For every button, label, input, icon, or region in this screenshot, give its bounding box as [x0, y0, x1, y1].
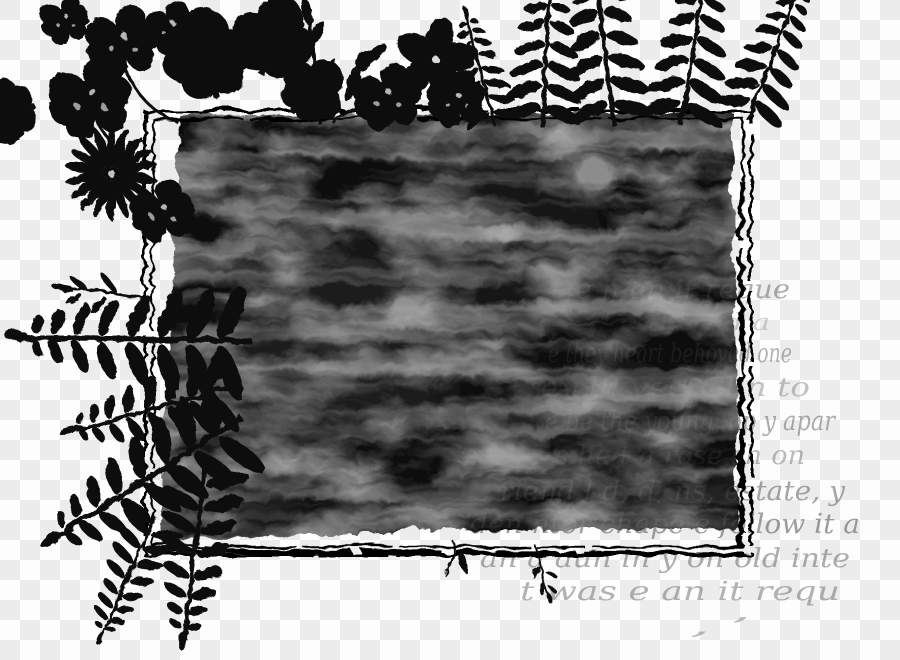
script-text-line: t was e an it requ: [520, 577, 840, 607]
script-text-line: , ’: [690, 614, 750, 640]
grunge-floral-frame-artwork: e n an it reque e the nd a e they heart …: [0, 0, 900, 660]
